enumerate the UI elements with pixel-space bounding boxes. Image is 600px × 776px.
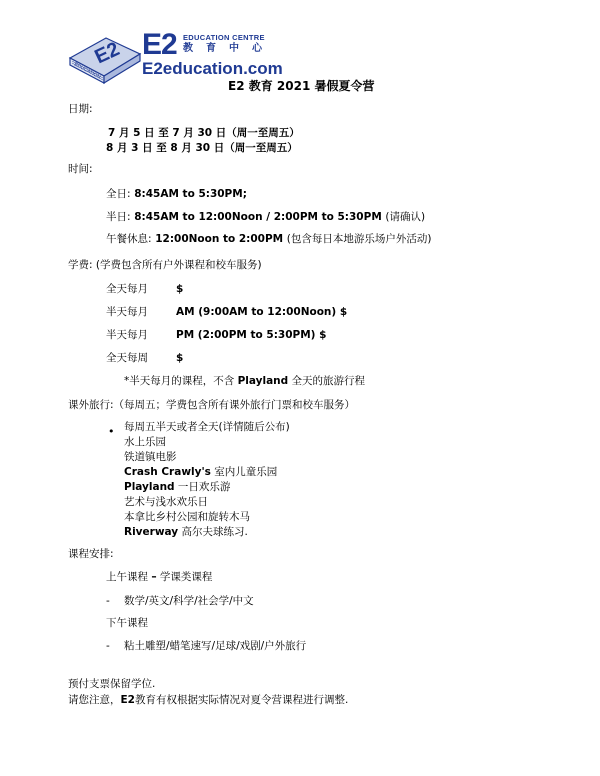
fees-heading-note: (学费包含所有户外课程和校车服务) — [93, 259, 262, 271]
lunch-label: 午餐休息: — [106, 233, 152, 245]
brand-logo-text: E2 — [142, 30, 177, 60]
trip-item: Riverway 高尔夫球练习. — [124, 527, 248, 538]
afternoon-dash: - — [106, 641, 110, 652]
adjustment-note-a: 请您注意， — [68, 694, 121, 706]
trip-item-text: 一日欢乐游 — [175, 481, 231, 493]
trip-item-bold: Crash Crawly's — [124, 466, 211, 478]
footnote-text: *半天每月的课程，不含 — [124, 375, 238, 387]
afternoon-title: 下午课程 — [106, 618, 148, 629]
lunch-value: 12:00Noon to 2:00PM — [152, 233, 287, 245]
morning-title: 上午课程 – 学课类课程 — [106, 572, 212, 583]
fee-row-label: 半天每月 — [106, 330, 148, 341]
brand-tagline-cn: 教育中心 — [183, 44, 275, 54]
morning-title-a: 上午课程 — [106, 571, 151, 583]
full-day-label: 全日: — [106, 188, 131, 200]
deposit-note: 预付支票保留学位. — [68, 679, 155, 690]
e2-logo-icon: E2 EDUCATION — [66, 32, 142, 84]
trip-item-text: 室内儿童乐园 — [211, 466, 277, 478]
trip-item-text: 每周五半天或者全天(详情随后公布) — [124, 421, 290, 433]
fee-row-value: $ — [176, 353, 183, 364]
fees-heading-label: 学费: — [68, 259, 93, 271]
half-day-note: (请确认) — [385, 211, 425, 223]
fee-row-label: 全天每月 — [106, 284, 148, 295]
morning-title-b: 学课类课程 — [157, 571, 213, 583]
full-day-time: 全日: 8:45AM to 5:30PM; — [106, 189, 247, 200]
time-heading: 时间: — [68, 164, 93, 175]
trip-item: 每周五半天或者全天(详情随后公布) — [124, 422, 290, 433]
dates-heading: 日期: — [68, 104, 93, 115]
morning-subjects: 数学/英文/科学/社会学/中文 — [124, 596, 254, 607]
date-range-2: 8 月 3 日 至 8 月 30 日（周一至周五） — [106, 143, 298, 154]
half-day-label: 半日: — [106, 211, 131, 223]
document-title: E2 教育 2021 暑假夏令营 — [228, 80, 374, 92]
trip-item-text: 艺术与浅水欢乐日 — [124, 496, 208, 508]
trip-item-bold: Riverway — [124, 526, 178, 538]
full-day-value: 8:45AM to 5:30PM; — [131, 188, 247, 200]
half-day-value: 8:45AM to 12:00Noon / 2:00PM to 5:30PM — [131, 211, 386, 223]
trip-item: 水上乐园 — [124, 437, 166, 448]
trip-item-text: 本拿比乡村公园和旋转木马 — [124, 511, 250, 523]
adjustment-note-b: 教育有权根据实际情况对夏令营课程进行调整. — [135, 694, 348, 706]
bullet-icon: • — [108, 426, 115, 437]
fees-heading: 学费: (学费包含所有户外课程和校车服务) — [68, 260, 262, 271]
half-day-time: 半日: 8:45AM to 12:00Noon / 2:00PM to 5:30… — [106, 212, 425, 223]
schedule-heading: 课程安排: — [68, 549, 114, 560]
trip-item: Playland 一日欢乐游 — [124, 482, 230, 493]
fees-footnote: *半天每月的课程，不含 Playland 全天的旅游行程 — [124, 376, 365, 387]
fee-row-value: AM (9:00AM to 12:00Noon) $ — [176, 307, 347, 318]
adjustment-note-bold: E2 — [121, 694, 135, 706]
footnote-text-end: 全天的旅游行程 — [288, 375, 365, 387]
brand-tagline-en: EDUCATION CENTRE — [183, 34, 265, 42]
brand-website: E2education.com — [142, 60, 283, 77]
trips-heading: 课外旅行:（每周五；学费包含所有课外旅行门票和校车服务） — [68, 400, 355, 411]
trip-item: Crash Crawly's 室内儿童乐园 — [124, 467, 277, 478]
fee-row-label: 全天每周 — [106, 353, 148, 364]
trip-item: 铁道镇电影 — [124, 452, 177, 463]
trip-item-bold: Playland — [124, 481, 175, 493]
trip-item-text: 高尔夫球练习. — [178, 526, 248, 538]
lunch-note: (包含每日本地游乐场户外活动) — [287, 233, 432, 245]
trip-item-text: 水上乐园 — [124, 436, 166, 448]
trip-item-text: 铁道镇电影 — [124, 451, 177, 463]
lunch-time: 午餐休息: 12:00Noon to 2:00PM (包含每日本地游乐场户外活动… — [106, 234, 431, 245]
adjustment-note: 请您注意，E2教育有权根据实际情况对夏令营课程进行调整. — [68, 695, 348, 706]
date-range-1: 7 月 5 日 至 7 月 30 日（周一至周五） — [108, 128, 300, 139]
fee-row-value: $ — [176, 284, 183, 295]
morning-dash: - — [106, 596, 110, 607]
fee-row-label: 半天每月 — [106, 307, 148, 318]
trip-item: 艺术与浅水欢乐日 — [124, 497, 208, 508]
afternoon-subjects: 粘土雕塑/蜡笔速写/足球/戏剧/户外旅行 — [124, 641, 306, 652]
footnote-bold: Playland — [238, 375, 289, 387]
trip-item: 本拿比乡村公园和旋转木马 — [124, 512, 250, 523]
fee-row-value: PM (2:00PM to 5:30PM) $ — [176, 330, 326, 341]
